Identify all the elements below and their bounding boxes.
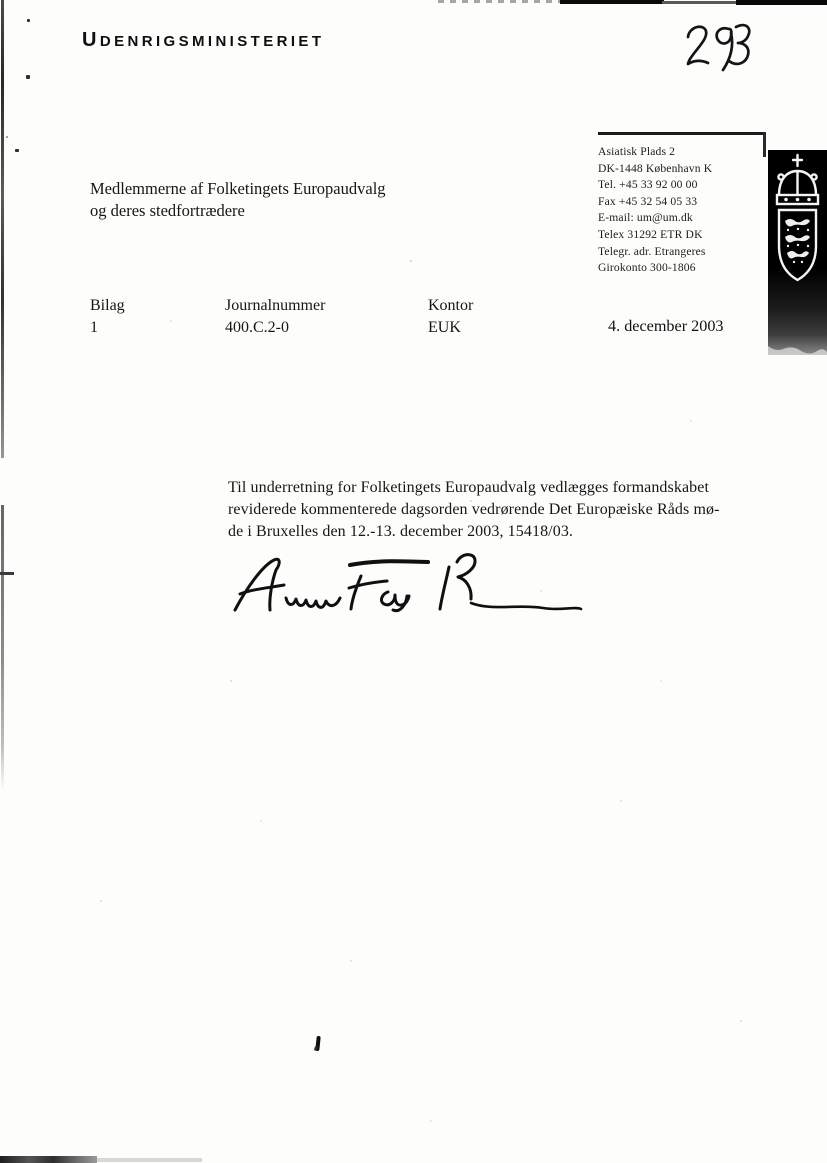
scan-artifact-left-edge xyxy=(1,0,4,458)
contact-address-line: DK-1448 København K xyxy=(598,161,712,178)
scan-artifact-top-edge xyxy=(560,0,664,4)
scan-artifact-bottom-bar xyxy=(97,1158,202,1162)
scan-artifact-top-edge xyxy=(662,1,738,4)
meta-label-journalnummer: Journalnummer xyxy=(225,297,325,315)
letterhead-rule-horizontal xyxy=(598,132,766,135)
danish-coat-of-arms xyxy=(768,150,827,355)
meta-value-bilag: 1 xyxy=(90,319,98,337)
pen-mark xyxy=(315,1036,321,1051)
ministry-name: UDENRIGSMINISTERIET xyxy=(82,29,324,52)
recipient-line: Medlemmerne af Folketingets Europaudvalg xyxy=(90,178,386,200)
body-line: Til underretning for Folketingets Europa… xyxy=(228,477,720,499)
recipient-block: Medlemmerne af Folketingets Europaudvalg… xyxy=(90,178,386,222)
scan-speckle xyxy=(27,19,30,22)
scan-artifact-top-edge xyxy=(736,0,827,5)
scan-noise xyxy=(410,260,412,262)
scan-artifact-top-edge xyxy=(438,0,562,3)
body-line: de i Bruxelles den 12.-13. december 2003… xyxy=(228,521,720,543)
contact-phone: Tel. +45 33 92 00 00 xyxy=(598,177,712,194)
letterhead-rule-vertical xyxy=(763,132,766,157)
document-date: 4. december 2003 xyxy=(608,317,724,336)
contact-telex: Telex 31292 ETR DK xyxy=(598,227,712,244)
body-paragraph: Til underretning for Folketingets Europa… xyxy=(228,477,720,543)
scanned-letter-page: UDENRIGSMINISTERIET Asiatisk Plads 2 DK-… xyxy=(0,0,827,1163)
handwritten-page-number xyxy=(680,20,752,72)
contact-telegram: Telegr. adr. Etrangeres xyxy=(598,244,712,261)
scan-speckle xyxy=(26,75,30,79)
body-line: reviderede kommenterede dagsorden vedrør… xyxy=(228,499,720,521)
meta-value-kontor: EUK xyxy=(428,319,461,337)
contact-block: Asiatisk Plads 2 DK-1448 København K Tel… xyxy=(598,144,712,277)
contact-address-line: Asiatisk Plads 2 xyxy=(598,144,712,161)
scan-artifact-left-edge xyxy=(1,505,4,790)
handwritten-signature xyxy=(228,548,588,623)
meta-label-bilag: Bilag xyxy=(90,297,125,315)
scan-artifact-bottom-bar xyxy=(0,1156,97,1163)
scan-speckle xyxy=(6,136,8,138)
contact-giro: Girokonto 300-1806 xyxy=(598,260,712,277)
meta-value-journalnummer: 400.C.2-0 xyxy=(225,319,289,337)
contact-email: E-mail: um@um.dk xyxy=(598,210,712,227)
scan-artifact-left-tick xyxy=(0,572,14,575)
scan-speckle xyxy=(15,149,19,152)
meta-label-kontor: Kontor xyxy=(428,297,473,315)
contact-fax: Fax +45 32 54 05 33 xyxy=(598,194,712,211)
recipient-line: og deres stedfortrædere xyxy=(90,200,386,222)
